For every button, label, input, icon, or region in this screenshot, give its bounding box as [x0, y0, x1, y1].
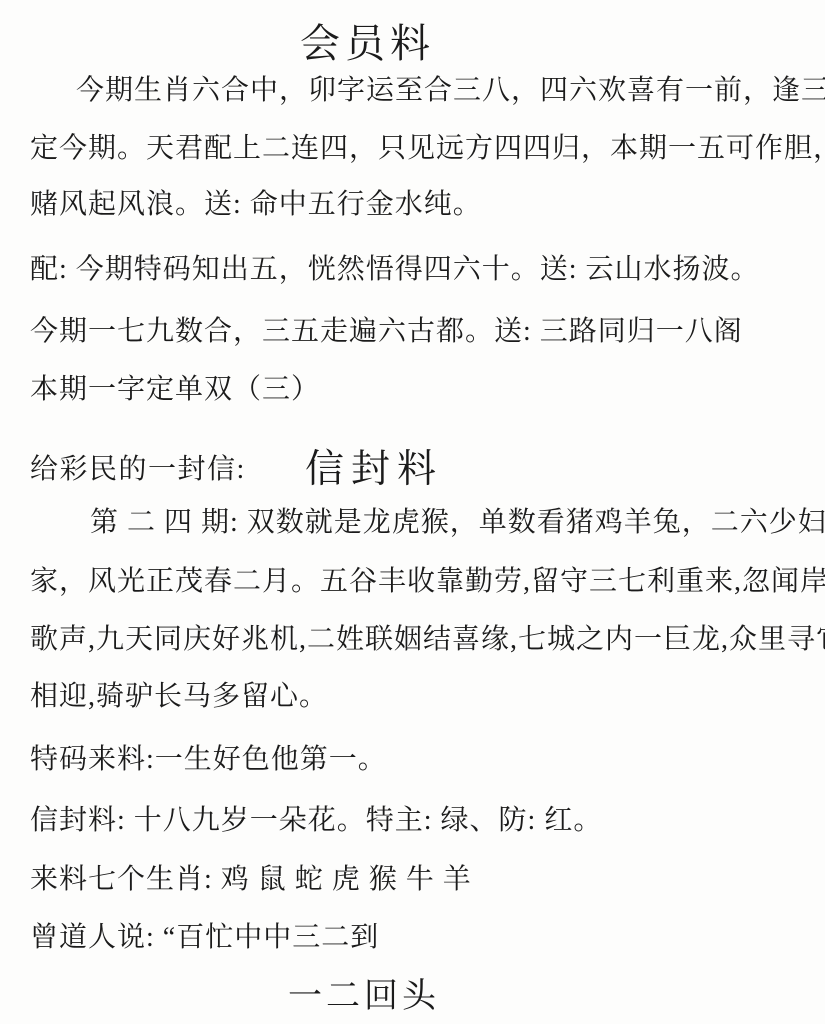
member-text-line-6: 本期一字定单双（三） [30, 375, 320, 406]
member-text-line-5: 今期一七九数合，三五走遍六古都。送: 三路同归一八阁 [30, 317, 743, 348]
footer-phrase: 一二回头 [288, 968, 440, 1017]
envelope-text-line-3: 歌声,九天同庆好兆机,二姓联姻结喜缘,七城之内一巨龙,众里寻它龙 [30, 625, 825, 656]
envelope-section-title: 信封料 [305, 438, 443, 494]
envelope-intro-label: 给彩民的一封信: [30, 447, 246, 487]
envelope-text-line-8: 曾道人说: “百忙中中三二到 [30, 923, 379, 954]
envelope-text-line-1: 第 二 四 期: 双数就是龙虎猴，单数看猪鸡羊兔，二六少妇赶加 [90, 508, 825, 539]
envelope-text-line-2: 家，风光正茂春二月。五谷丰收靠勤劳,留守三七利重来,忽闻岸上踏 [30, 567, 825, 598]
member-text-line-2: 定今期。天君配上二连四，只见远方四四归，本期一五可作胆，九君 [30, 134, 825, 165]
envelope-text-line-5: 特码来料:一生好色他第一。 [30, 745, 387, 776]
scanned-document-page: 会员料 今期生肖六合中，卯字运至合三八，四六欢喜有一前，逢三 来九 定今期。天君… [0, 0, 825, 1024]
envelope-text-line-4: 相迎,骑驴长马多留心。 [30, 682, 328, 713]
member-text-line-1: 今期生肖六合中，卯字运至合三八，四六欢喜有一前，逢三 来九 [76, 76, 825, 107]
envelope-text-line-7: 来料七个生肖: 鸡 鼠 蛇 虎 猴 牛 羊 [30, 865, 472, 896]
member-text-line-4: 配: 今期特码知出五，恍然悟得四六十。送: 云山水扬波。 [30, 255, 760, 286]
member-text-line-3: 赌风起风浪。送: 命中五行金水纯。 [30, 190, 482, 221]
member-section-title: 会员料 [0, 12, 825, 69]
envelope-text-line-6: 信封料: 十八九岁一朵花。特主: 绿、防: 红。 [30, 806, 602, 837]
